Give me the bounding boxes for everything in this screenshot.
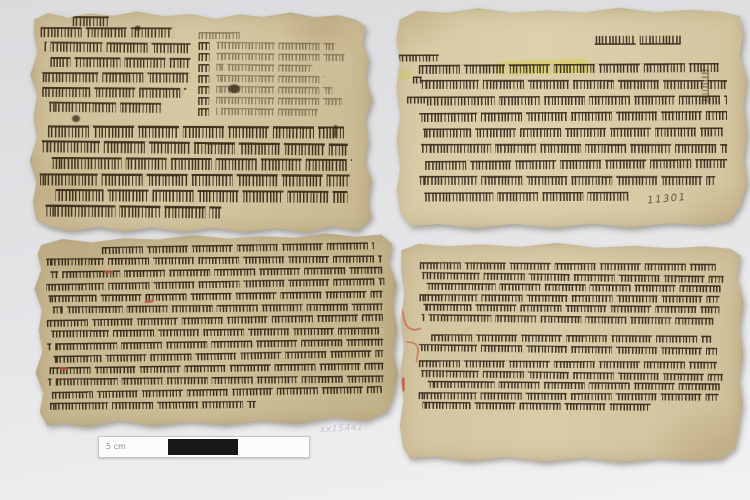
script-line bbox=[50, 57, 190, 68]
script-line bbox=[52, 386, 382, 399]
photograph: 11301 5 cm xx15441 bbox=[0, 0, 750, 500]
script-line bbox=[421, 80, 727, 89]
script-line bbox=[431, 334, 711, 342]
script-line bbox=[426, 283, 724, 292]
folio-number: 11301 bbox=[647, 192, 687, 207]
leaf-paper bbox=[34, 232, 399, 427]
script-line bbox=[216, 97, 342, 105]
leaf-header-mark bbox=[73, 16, 109, 26]
script-line bbox=[419, 344, 717, 354]
script-line bbox=[419, 176, 715, 185]
script-line bbox=[419, 63, 719, 74]
script-line bbox=[44, 42, 190, 54]
list-row bbox=[198, 75, 362, 84]
script-line bbox=[216, 75, 324, 83]
text-paragraph-2 bbox=[419, 334, 733, 354]
text-block-main bbox=[419, 63, 733, 201]
list-numeral-mark bbox=[198, 75, 209, 83]
script-line bbox=[42, 87, 186, 98]
account-list-column bbox=[198, 32, 363, 117]
script-line bbox=[216, 108, 318, 116]
script-line bbox=[419, 360, 717, 368]
list-row bbox=[198, 97, 362, 106]
yellow-smudge bbox=[398, 71, 412, 79]
scale-bar: 5 cm bbox=[98, 436, 310, 458]
script-line bbox=[46, 102, 162, 113]
manuscript-leaf-bottom-left bbox=[34, 232, 399, 427]
red-margin-mark bbox=[404, 341, 421, 363]
list-row bbox=[198, 64, 362, 73]
manuscript-leaf-top-right: 11301 bbox=[393, 7, 748, 228]
list-row bbox=[198, 108, 362, 117]
text-block-lower bbox=[37, 125, 364, 219]
list-numeral-mark bbox=[198, 86, 209, 94]
text-block-main bbox=[46, 243, 390, 411]
script-line bbox=[51, 327, 383, 337]
ink-blot bbox=[72, 115, 80, 122]
script-line bbox=[47, 339, 383, 351]
ink-blot bbox=[228, 84, 240, 93]
script-line bbox=[46, 278, 384, 291]
manuscript-leaf-top-left bbox=[29, 11, 373, 233]
script-line bbox=[46, 255, 382, 265]
text-block-left-column bbox=[40, 27, 193, 113]
scale-bar-black-segment bbox=[168, 439, 237, 455]
script-line bbox=[50, 267, 382, 279]
script-line bbox=[419, 294, 719, 302]
script-line bbox=[42, 140, 348, 155]
leaf-paper: 11301 bbox=[393, 7, 748, 228]
script-line bbox=[421, 144, 727, 153]
script-line bbox=[199, 32, 241, 39]
script-line bbox=[216, 64, 312, 72]
script-line bbox=[48, 125, 344, 138]
script-line bbox=[422, 272, 724, 282]
script-line bbox=[52, 157, 352, 171]
manuscript-leaf-bottom-right bbox=[396, 241, 744, 463]
script-line bbox=[40, 173, 350, 186]
script-line bbox=[55, 189, 347, 203]
script-line bbox=[423, 304, 719, 313]
script-line bbox=[102, 242, 374, 254]
script-line bbox=[425, 159, 727, 170]
script-line bbox=[419, 111, 727, 122]
list-numeral-mark bbox=[199, 42, 210, 50]
scale-bar-label: 5 cm bbox=[106, 442, 126, 451]
list-row bbox=[198, 86, 362, 95]
red-margin-mark bbox=[400, 304, 421, 333]
red-accent-mark bbox=[59, 367, 68, 370]
script-line bbox=[50, 401, 256, 410]
text-paragraph-3 bbox=[419, 360, 733, 411]
list-row bbox=[198, 53, 362, 62]
list-numeral-mark bbox=[198, 97, 209, 105]
list-header-row bbox=[199, 32, 363, 40]
list-row bbox=[199, 42, 363, 51]
script-line bbox=[423, 192, 631, 202]
list-numeral-mark bbox=[198, 53, 209, 61]
script-line bbox=[421, 314, 713, 324]
inverted-top-note bbox=[593, 36, 681, 45]
list-numeral-mark bbox=[198, 108, 209, 116]
script-line bbox=[421, 370, 723, 380]
script-line bbox=[420, 262, 716, 270]
script-line bbox=[48, 375, 384, 385]
script-line bbox=[53, 350, 383, 363]
leaf-paper bbox=[29, 11, 373, 233]
text-paragraph-1 bbox=[419, 262, 734, 324]
script-line bbox=[53, 303, 383, 313]
margin-vertical-note bbox=[702, 70, 709, 104]
ink-blot bbox=[135, 26, 141, 31]
script-line bbox=[48, 291, 382, 303]
margin-numeral-mark bbox=[334, 125, 338, 138]
leaf-paper bbox=[396, 241, 744, 463]
script-line bbox=[423, 127, 723, 137]
script-line bbox=[41, 27, 175, 37]
script-line bbox=[425, 381, 721, 390]
script-line bbox=[40, 72, 190, 83]
script-line bbox=[423, 402, 655, 411]
margin-annotation-mark bbox=[399, 54, 439, 61]
script-line bbox=[50, 363, 384, 375]
script-line bbox=[47, 314, 383, 327]
script-line bbox=[419, 392, 719, 400]
red-margin-mark bbox=[402, 378, 405, 392]
red-accent-mark bbox=[104, 270, 113, 273]
script-line bbox=[45, 205, 221, 219]
script-line bbox=[216, 42, 334, 50]
list-numeral-mark bbox=[198, 64, 209, 72]
script-line bbox=[216, 53, 344, 61]
script-line bbox=[425, 95, 727, 105]
accession-number: xx15441 bbox=[320, 423, 364, 435]
